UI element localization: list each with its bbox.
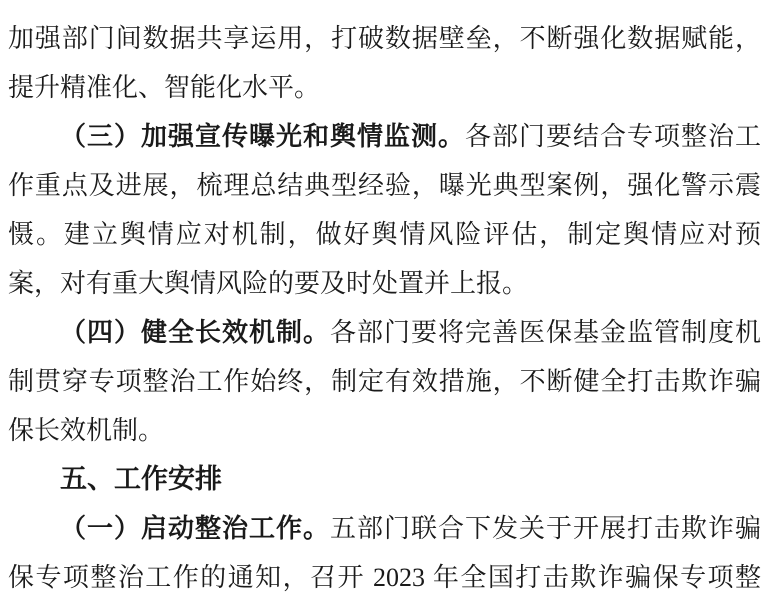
body-line: 作重点及进展，梳理总结典型经验，曝光典型案例，强化警示震 — [8, 161, 761, 210]
paragraph-line: （四）健全长效机制。各部门要将完善医保基金监管制度机 — [8, 308, 761, 357]
body-line: 保专项整治工作的通知，召开 2023 年全国打击欺诈骗保专项整 — [8, 553, 761, 600]
body-text: 各部门要结合专项整治工 — [465, 122, 761, 151]
body-line: 案，对有重大舆情风险的要及时处置并上报。 — [8, 259, 761, 308]
paragraph-line: （一）启动整治工作。五部门联合下发关于开展打击欺诈骗 — [8, 504, 761, 553]
body-line: 保长效机制。 — [8, 406, 761, 455]
paragraph-lead: （三）加强宣传曝光和舆情监测。 — [60, 122, 465, 151]
body-line: 制贯穿专项整治工作始终，制定有效措施，不断健全打击欺诈骗 — [8, 357, 761, 406]
paragraph-lead: （一）启动整治工作。 — [60, 514, 330, 543]
body-line: 提升精准化、智能化水平。 — [8, 63, 761, 112]
body-text: 五部门联合下发关于开展打击欺诈骗 — [330, 514, 761, 543]
section-heading: 五、工作安排 — [8, 455, 761, 504]
body-text: 各部门要将完善医保基金监管制度机 — [330, 318, 761, 347]
paragraph-line: （三）加强宣传曝光和舆情监测。各部门要结合专项整治工 — [8, 112, 761, 161]
document-page: 加强部门间数据共享运用，打破数据壁垒，不断强化数据赋能， 提升精准化、智能化水平… — [0, 0, 769, 600]
paragraph-lead: （四）健全长效机制。 — [60, 318, 330, 347]
body-line: 慑。建立舆情应对机制，做好舆情风险评估，制定舆情应对预 — [8, 210, 761, 259]
body-line: 加强部门间数据共享运用，打破数据壁垒，不断强化数据赋能， — [8, 14, 761, 63]
